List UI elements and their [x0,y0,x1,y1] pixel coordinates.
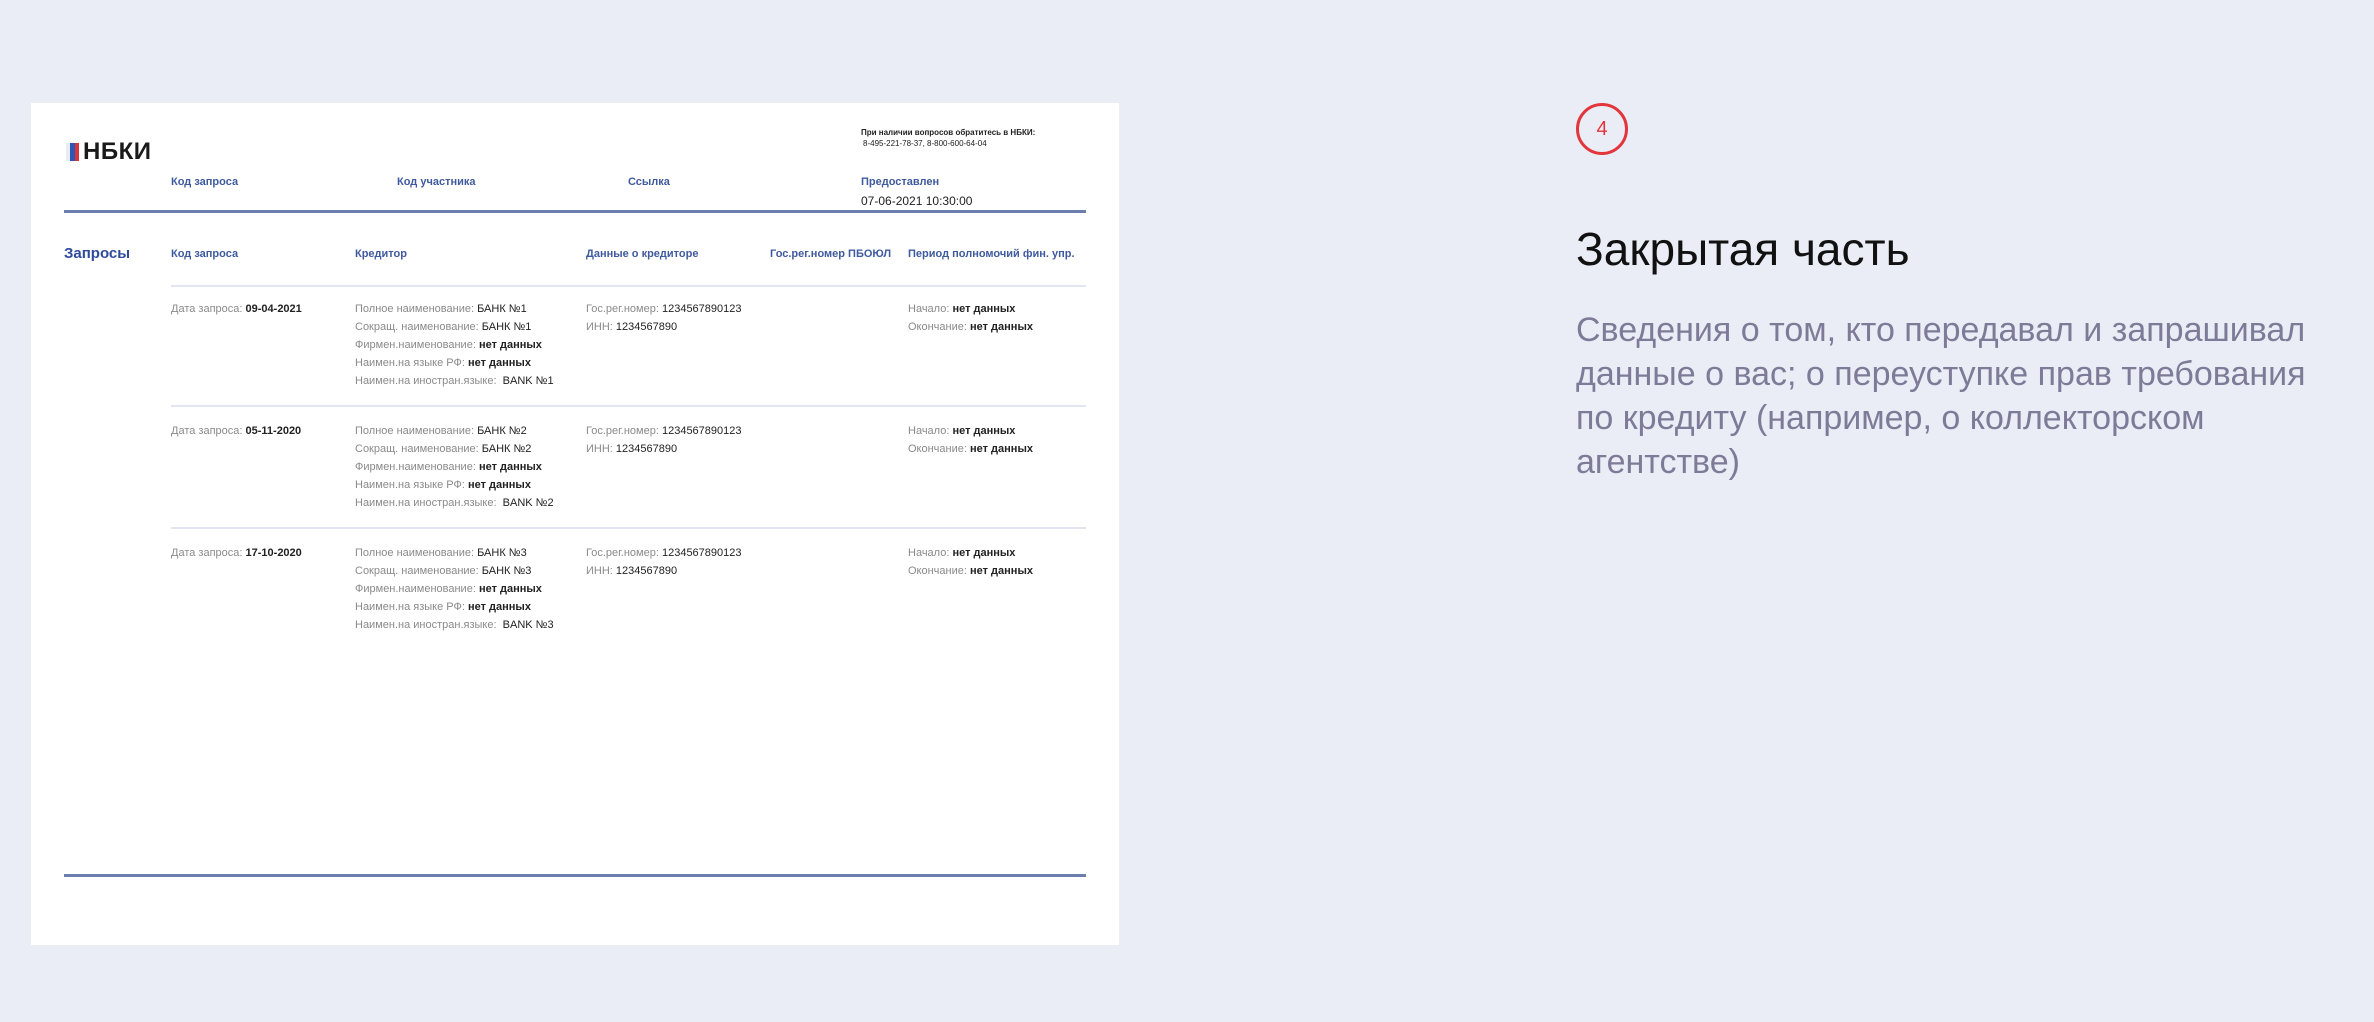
table-header-divider [171,285,1086,287]
authority-period: Начало: нет данныхОкончание: нет данных [908,544,1033,580]
contact-info: При наличии вопросов обратитесь в НБКИ: … [861,127,1035,149]
contact-phones: 8-495-221-78-37, 8-800-600-64-04 [861,138,1035,149]
header-provided-value: 07-06-2021 10:30:00 [861,194,972,208]
creditor-data: Гос.рег.номер: 1234567890123ИНН: 1234567… [586,300,742,336]
header-provided-label: Предоставлен [861,176,939,188]
authority-period: Начало: нет данныхОкончание: нет данных [908,422,1033,458]
step-number-badge: 4 [1576,103,1628,155]
header-divider [64,210,1086,213]
creditor-data: Гос.рег.номер: 1234567890123ИНН: 1234567… [586,422,742,458]
section-description: Сведения о том, кто передавал и запрашив… [1576,308,2336,484]
row-divider [171,527,1086,529]
creditor-info: Полное наименование: БАНК №2Сокращ. наим… [355,422,554,512]
header-request-code-label: Код запроса [171,176,238,188]
column-header-period: Период полномочий фин. упр. [908,248,1075,260]
step-number: 4 [1596,118,1607,141]
column-header-creditor-data: Данные о кредиторе [586,248,698,260]
section-title: Запросы [64,245,130,262]
creditor-data: Гос.рег.номер: 1234567890123ИНН: 1234567… [586,544,742,580]
column-header-pboyul: Гос.рег.номер ПБОЮЛ [770,248,891,260]
credit-report-document: НБКИ При наличии вопросов обратитесь в Н… [31,103,1119,945]
authority-period: Начало: нет данныхОкончание: нет данных [908,300,1033,336]
request-date: Дата запроса: 17-10-2020 [171,544,302,562]
column-header-creditor: Кредитор [355,248,407,260]
section-heading: Закрытая часть [1576,222,1910,276]
header-participant-code-label: Код участника [397,176,475,188]
request-date: Дата запроса: 09-04-2021 [171,300,302,318]
logo-text: НБКИ [83,138,151,166]
nbki-logo: НБКИ [66,138,151,166]
request-date: Дата запроса: 05-11-2020 [171,422,301,440]
row-divider [171,405,1086,407]
creditor-info: Полное наименование: БАНК №1Сокращ. наим… [355,300,554,390]
column-header-request-code: Код запроса [171,248,238,260]
footer-divider [64,874,1086,877]
flag-icon [66,143,79,161]
creditor-info: Полное наименование: БАНК №3Сокращ. наим… [355,544,554,634]
contact-line: При наличии вопросов обратитесь в НБКИ: [861,127,1035,138]
header-link-label: Ссылка [628,176,670,188]
